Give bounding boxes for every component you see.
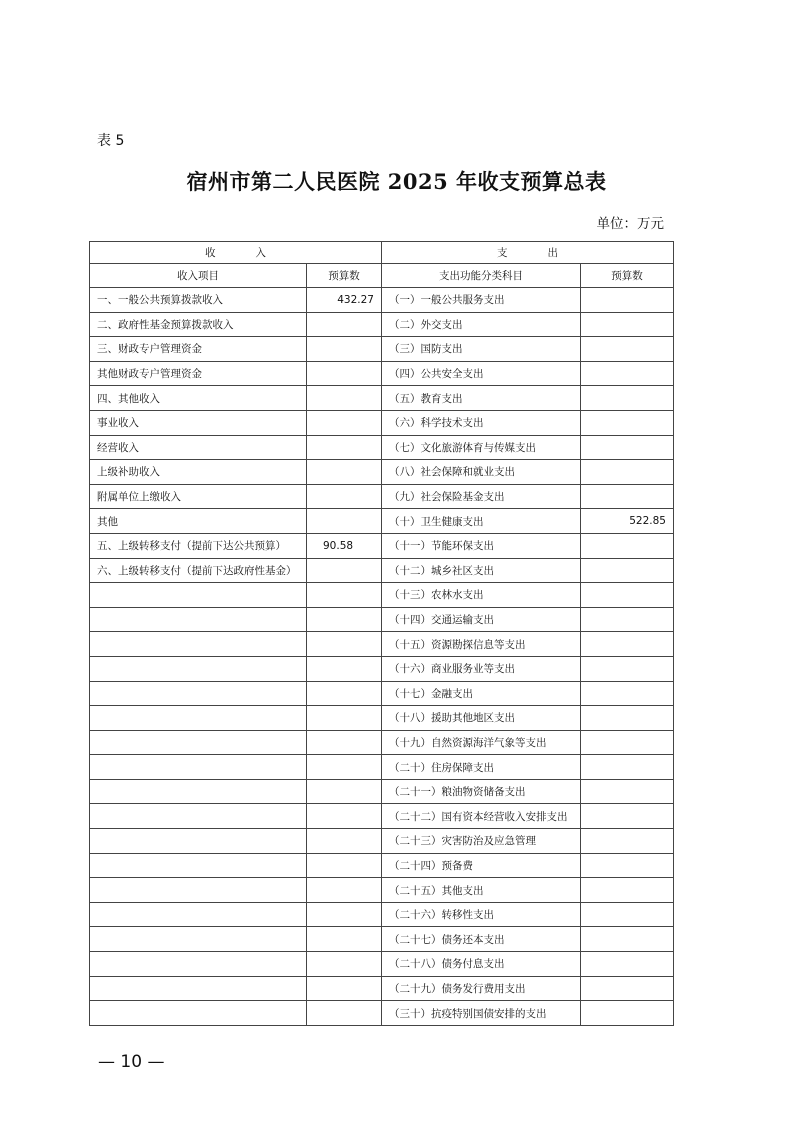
expense-amount-cell: 522.85 <box>581 509 674 534</box>
income-item-cell <box>90 779 307 804</box>
expense-amount-cell <box>581 927 674 952</box>
expense-item-cell: （九）社会保险基金支出 <box>382 484 581 509</box>
expense-item-cell: （十七）金融支出 <box>382 681 581 706</box>
table-row: （二十八）债务付息支出 <box>90 952 674 977</box>
income-amount-cell <box>307 656 382 681</box>
income-item-cell <box>90 829 307 854</box>
table-row: 三、财政专户管理资金（三）国防支出 <box>90 337 674 362</box>
income-amount-cell <box>307 755 382 780</box>
expense-item-cell: （二十六）转移性支出 <box>382 902 581 927</box>
expense-amount-cell <box>581 853 674 878</box>
income-amount-cell <box>307 460 382 485</box>
unit-label: 单位：万元 <box>597 212 665 232</box>
income-amount-cell <box>307 681 382 706</box>
budget-summary-table: 收入 支出 收入项目 预算数 支出功能分类科目 预算数 一、一般公共预算拨款收入… <box>89 241 674 1026</box>
income-item-cell <box>90 755 307 780</box>
table-row: （十九）自然资源海洋气象等支出 <box>90 730 674 755</box>
income-amount-cell <box>307 804 382 829</box>
expense-amount-cell <box>581 288 674 313</box>
expense-item-cell: （二十二）国有资本经营收入安排支出 <box>382 804 581 829</box>
income-amount-cell <box>307 1001 382 1026</box>
expense-item-header: 支出功能分类科目 <box>382 264 581 288</box>
income-item-cell: 事业收入 <box>90 410 307 435</box>
table-row: 五、上级转移支付（提前下达公共预算）90.58（十一）节能环保支出 <box>90 533 674 558</box>
page-number: — 10 — <box>98 1052 164 1072</box>
income-amount-cell <box>307 902 382 927</box>
income-item-cell <box>90 681 307 706</box>
income-item-cell <box>90 730 307 755</box>
expense-item-cell: （二十五）其他支出 <box>382 878 581 903</box>
expense-amount-cell <box>581 558 674 583</box>
table-row: 其他财政专户管理资金（四）公共安全支出 <box>90 361 674 386</box>
table-row: （二十六）转移性支出 <box>90 902 674 927</box>
expense-item-cell: （十）卫生健康支出 <box>382 509 581 534</box>
table-row: 四、其他收入（五）教育支出 <box>90 386 674 411</box>
income-item-cell <box>90 976 307 1001</box>
table-row: （二十五）其他支出 <box>90 878 674 903</box>
expense-item-cell: （二）外交支出 <box>382 312 581 337</box>
income-group-header: 收入 <box>90 242 382 264</box>
table-row: （二十三）灾害防治及应急管理 <box>90 829 674 854</box>
income-item-cell: 六、上级转移支付（提前下达政府性基金） <box>90 558 307 583</box>
expense-item-cell: （五）教育支出 <box>382 386 581 411</box>
table-row: 上级补助收入（八）社会保障和就业支出 <box>90 460 674 485</box>
income-item-cell: 三、财政专户管理资金 <box>90 337 307 362</box>
expense-item-cell: （七）文化旅游体育与传媒支出 <box>382 435 581 460</box>
income-item-cell <box>90 706 307 731</box>
table-row: （三十）抗疫特别国债安排的支出 <box>90 1001 674 1026</box>
income-item-cell <box>90 804 307 829</box>
income-item-cell: 五、上级转移支付（提前下达公共预算） <box>90 533 307 558</box>
income-amount-cell <box>307 632 382 657</box>
income-amount-cell <box>307 853 382 878</box>
income-amount-cell <box>307 952 382 977</box>
income-amount-cell <box>307 337 382 362</box>
expense-amount-cell <box>581 976 674 1001</box>
income-amount-cell <box>307 509 382 534</box>
expense-amount-cell <box>581 410 674 435</box>
expense-item-cell: （十六）商业服务业等支出 <box>382 656 581 681</box>
income-amount-cell <box>307 829 382 854</box>
income-item-cell <box>90 927 307 952</box>
income-amount-cell <box>307 386 382 411</box>
expense-item-cell: （八）社会保障和就业支出 <box>382 460 581 485</box>
table-row: 附属单位上缴收入（九）社会保险基金支出 <box>90 484 674 509</box>
table-row: 六、上级转移支付（提前下达政府性基金）（十二）城乡社区支出 <box>90 558 674 583</box>
income-amount-cell <box>307 484 382 509</box>
expense-amount-cell <box>581 361 674 386</box>
expense-amount-cell <box>581 337 674 362</box>
income-amount-header: 预算数 <box>307 264 382 288</box>
table-row: 其他（十）卫生健康支出522.85 <box>90 509 674 534</box>
table-row: 事业收入（六）科学技术支出 <box>90 410 674 435</box>
expense-amount-cell <box>581 804 674 829</box>
expense-item-cell: （二十九）债务发行费用支出 <box>382 976 581 1001</box>
table-row: （十八）援助其他地区支出 <box>90 706 674 731</box>
expense-amount-cell <box>581 730 674 755</box>
expense-amount-cell <box>581 878 674 903</box>
income-item-cell <box>90 1001 307 1026</box>
table-row: （十七）金融支出 <box>90 681 674 706</box>
income-amount-cell <box>307 779 382 804</box>
income-amount-cell <box>307 927 382 952</box>
table-row: （十五）资源勘探信息等支出 <box>90 632 674 657</box>
expense-item-cell: （一）一般公共服务支出 <box>382 288 581 313</box>
income-item-cell: 二、政府性基金预算拨款收入 <box>90 312 307 337</box>
table-row: 经营收入（七）文化旅游体育与传媒支出 <box>90 435 674 460</box>
expense-amount-cell <box>581 952 674 977</box>
expense-amount-cell <box>581 607 674 632</box>
expense-item-cell: （十三）农林水支出 <box>382 583 581 608</box>
expense-group-header: 支出 <box>382 242 674 264</box>
expense-amount-cell <box>581 1001 674 1026</box>
income-item-cell <box>90 902 307 927</box>
page-title: 宿州市第二人民医院 2025 年收支预算总表 <box>0 166 793 196</box>
income-item-cell <box>90 583 307 608</box>
expense-amount-cell <box>581 312 674 337</box>
expense-item-cell: （二十）住房保障支出 <box>382 755 581 780</box>
income-amount-cell: 432.27 <box>307 288 382 313</box>
table-row: 二、政府性基金预算拨款收入（二）外交支出 <box>90 312 674 337</box>
expense-item-cell: （三）国防支出 <box>382 337 581 362</box>
expense-amount-cell <box>581 386 674 411</box>
expense-item-cell: （三十）抗疫特别国债安排的支出 <box>382 1001 581 1026</box>
expense-amount-header: 预算数 <box>581 264 674 288</box>
income-amount-cell <box>307 410 382 435</box>
column-header-row: 收入项目 预算数 支出功能分类科目 预算数 <box>90 264 674 288</box>
expense-amount-cell <box>581 829 674 854</box>
expense-amount-cell <box>581 484 674 509</box>
expense-item-cell: （十一）节能环保支出 <box>382 533 581 558</box>
income-item-cell: 上级补助收入 <box>90 460 307 485</box>
expense-amount-cell <box>581 460 674 485</box>
income-item-cell: 一、一般公共预算拨款收入 <box>90 288 307 313</box>
income-item-cell: 经营收入 <box>90 435 307 460</box>
expense-item-cell: （十八）援助其他地区支出 <box>382 706 581 731</box>
table-row: （二十七）债务还本支出 <box>90 927 674 952</box>
income-item-cell: 附属单位上缴收入 <box>90 484 307 509</box>
table-row: 一、一般公共预算拨款收入432.27（一）一般公共服务支出 <box>90 288 674 313</box>
expense-item-cell: （十五）资源勘探信息等支出 <box>382 632 581 657</box>
income-item-cell <box>90 632 307 657</box>
expense-item-cell: （二十一）粮油物资储备支出 <box>382 779 581 804</box>
income-item-cell: 其他 <box>90 509 307 534</box>
income-amount-cell: 90.58 <box>307 533 382 558</box>
income-amount-cell <box>307 361 382 386</box>
income-amount-cell <box>307 706 382 731</box>
income-item-header: 收入项目 <box>90 264 307 288</box>
table-row: （十六）商业服务业等支出 <box>90 656 674 681</box>
expense-amount-cell <box>581 632 674 657</box>
table-row: （二十二）国有资本经营收入安排支出 <box>90 804 674 829</box>
expense-item-cell: （十二）城乡社区支出 <box>382 558 581 583</box>
income-item-cell <box>90 656 307 681</box>
expense-item-cell: （六）科学技术支出 <box>382 410 581 435</box>
income-item-cell <box>90 878 307 903</box>
expense-item-cell: （二十三）灾害防治及应急管理 <box>382 829 581 854</box>
income-item-cell <box>90 853 307 878</box>
expense-item-cell: （二十八）债务付息支出 <box>382 952 581 977</box>
income-amount-cell <box>307 730 382 755</box>
expense-item-cell: （十四）交通运输支出 <box>382 607 581 632</box>
expense-amount-cell <box>581 435 674 460</box>
expense-item-cell: （十九）自然资源海洋气象等支出 <box>382 730 581 755</box>
expense-amount-cell <box>581 779 674 804</box>
income-amount-cell <box>307 312 382 337</box>
table-row: （二十四）预备费 <box>90 853 674 878</box>
table-label: 表 5 <box>97 130 124 150</box>
table-row: （十三）农林水支出 <box>90 583 674 608</box>
income-item-cell <box>90 607 307 632</box>
income-amount-cell <box>307 435 382 460</box>
expense-amount-cell <box>581 583 674 608</box>
expense-amount-cell <box>581 902 674 927</box>
expense-amount-cell <box>581 533 674 558</box>
income-item-cell <box>90 952 307 977</box>
table-row: （二十）住房保障支出 <box>90 755 674 780</box>
expense-item-cell: （二十四）预备费 <box>382 853 581 878</box>
expense-amount-cell <box>581 681 674 706</box>
income-amount-cell <box>307 558 382 583</box>
expense-amount-cell <box>581 755 674 780</box>
income-amount-cell <box>307 976 382 1001</box>
table-row: （二十一）粮油物资储备支出 <box>90 779 674 804</box>
expense-amount-cell <box>581 706 674 731</box>
group-header-row: 收入 支出 <box>90 242 674 264</box>
expense-item-cell: （二十七）债务还本支出 <box>382 927 581 952</box>
expense-item-cell: （四）公共安全支出 <box>382 361 581 386</box>
table-row: （十四）交通运输支出 <box>90 607 674 632</box>
income-amount-cell <box>307 878 382 903</box>
income-amount-cell <box>307 583 382 608</box>
income-amount-cell <box>307 607 382 632</box>
expense-amount-cell <box>581 656 674 681</box>
income-item-cell: 四、其他收入 <box>90 386 307 411</box>
table-row: （二十九）债务发行费用支出 <box>90 976 674 1001</box>
income-item-cell: 其他财政专户管理资金 <box>90 361 307 386</box>
